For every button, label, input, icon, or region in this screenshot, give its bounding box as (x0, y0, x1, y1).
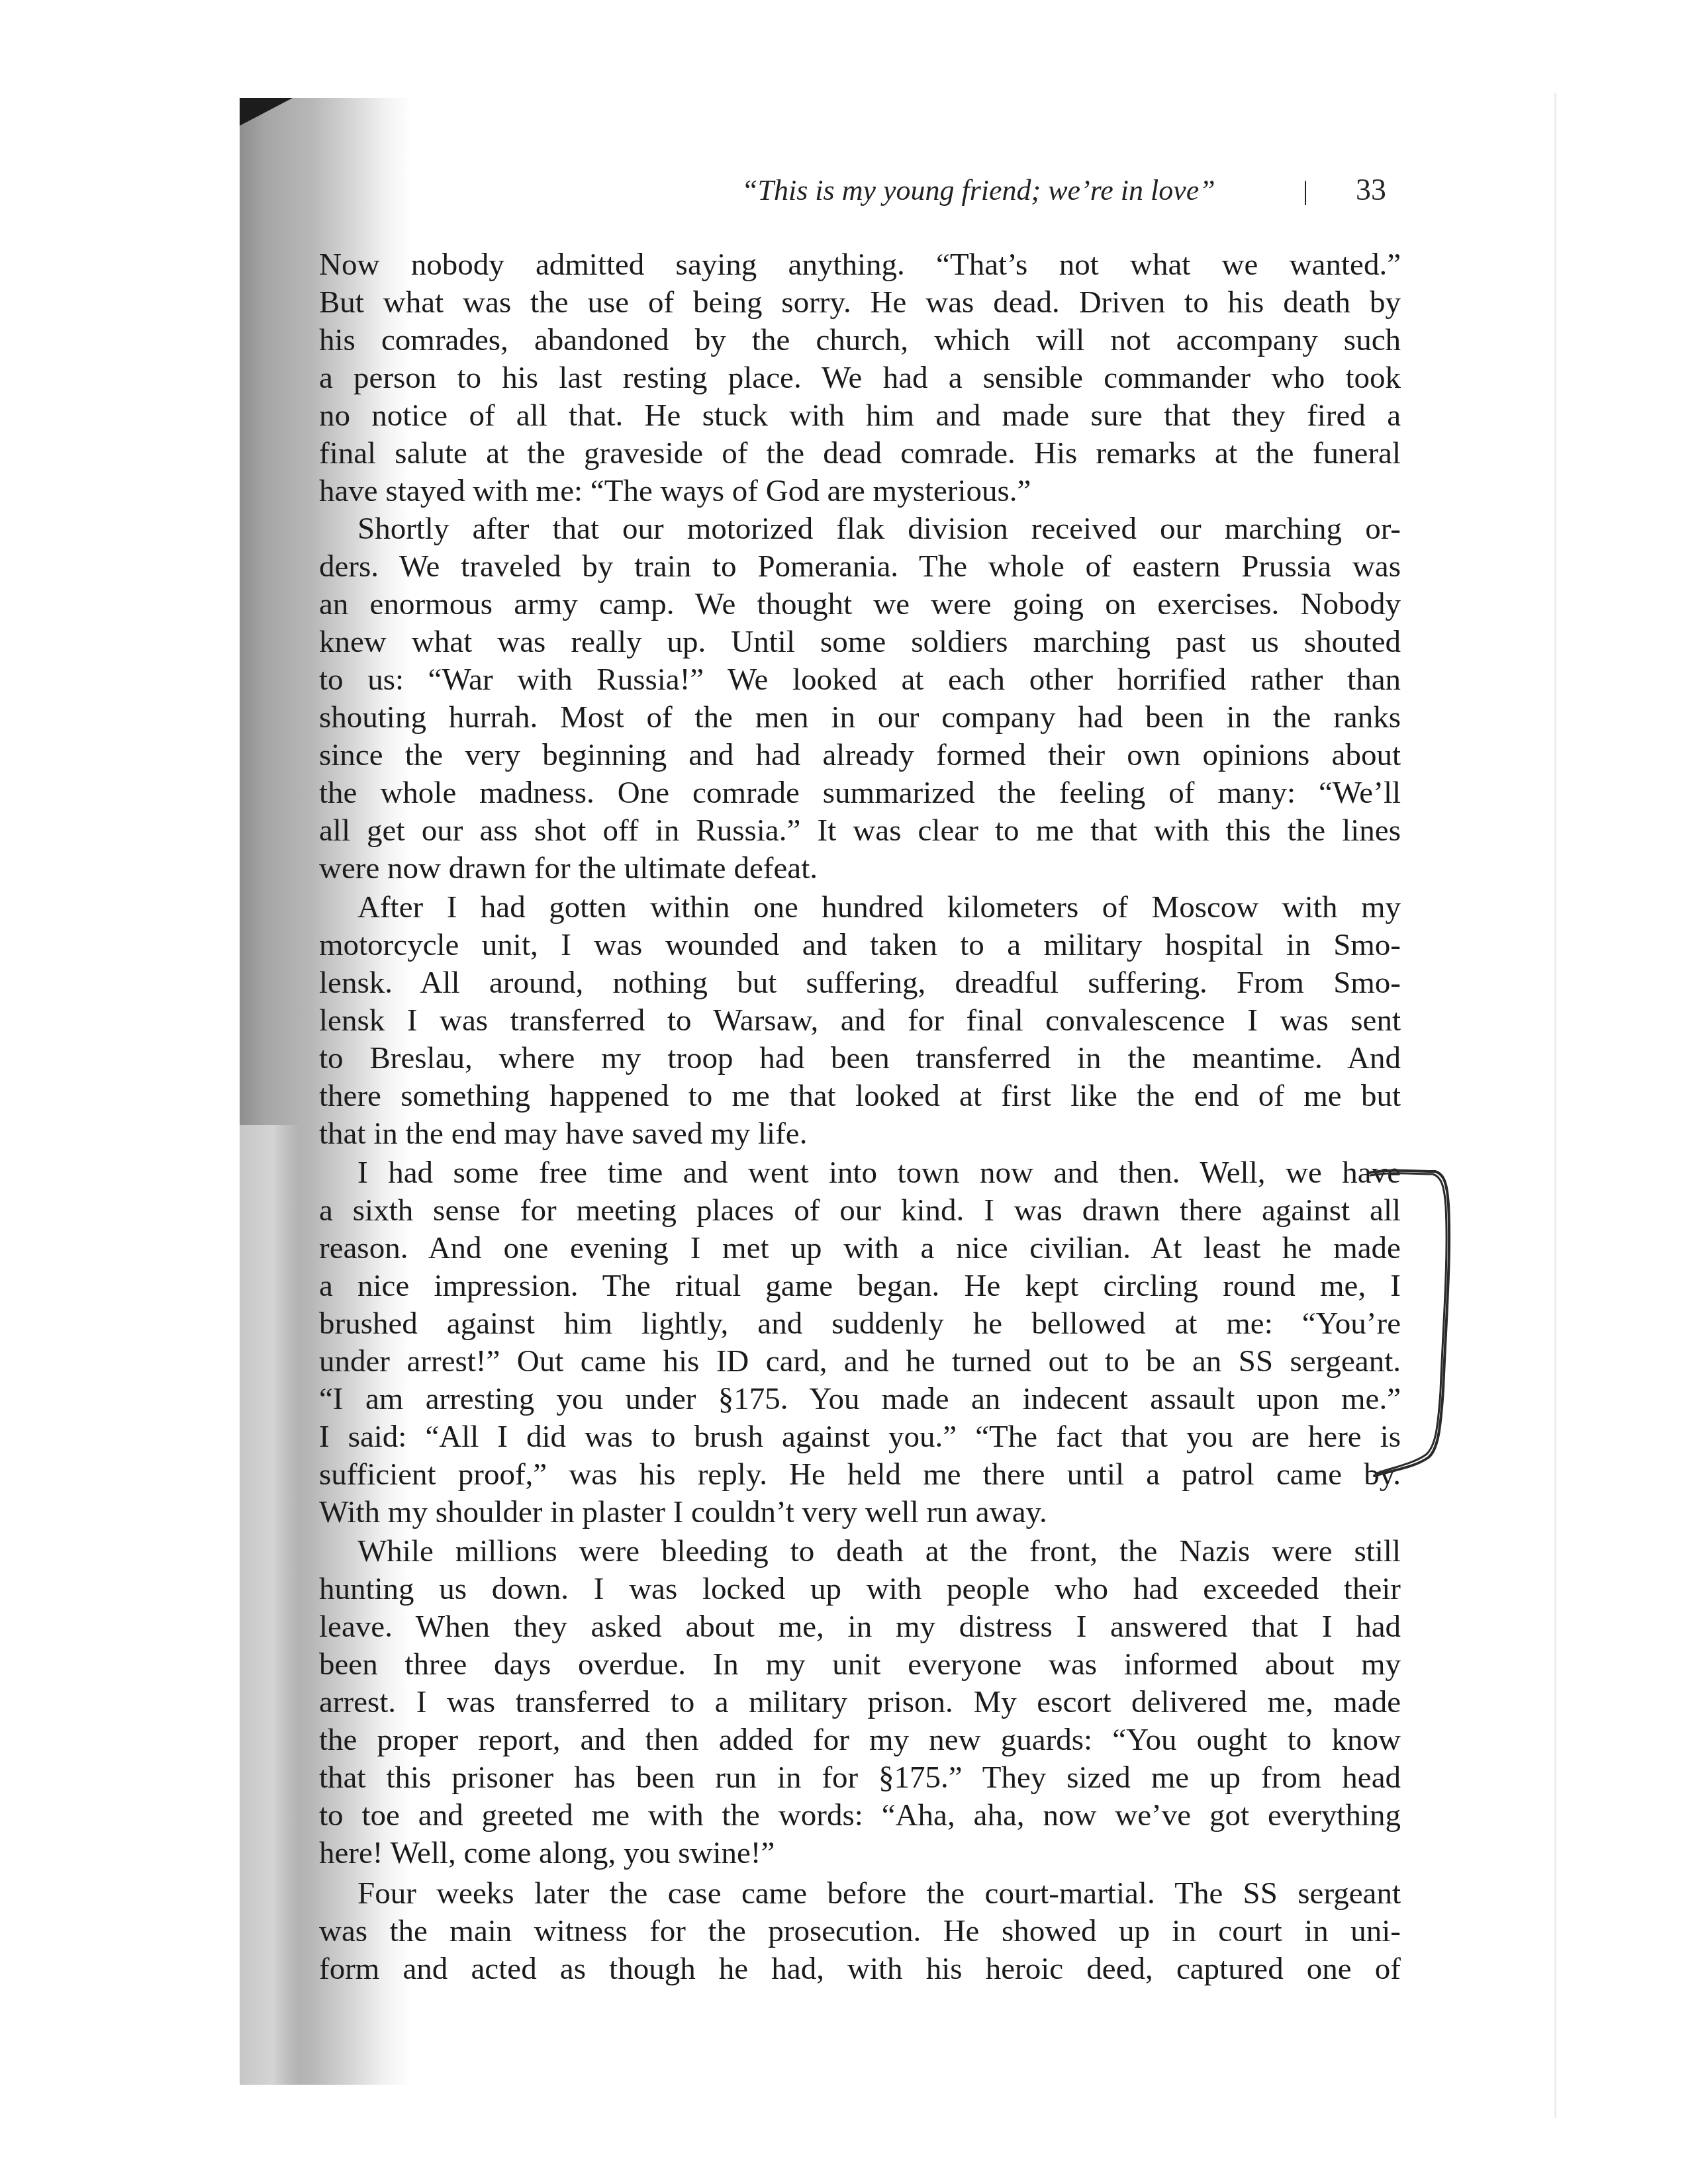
paragraph-start-line: I had some free time and went into town … (357, 1154, 1401, 1191)
text-line: arrest. I was transferred to a military … (319, 1684, 1401, 1721)
paragraph-start-line: Shortly after that our motorized flak di… (357, 510, 1401, 547)
text-line: to toe and greeted me with the words: “A… (319, 1797, 1401, 1834)
text-line: have stayed with me: “The ways of God ar… (319, 473, 1401, 510)
text-line: that in the end may have saved my life. (319, 1115, 1401, 1152)
paragraph-start-line: While millions were bleeding to death at… (357, 1533, 1401, 1570)
text-line: lensk I was transferred to Warsaw, and f… (319, 1002, 1401, 1039)
paragraph-start-line: After I had gotten within one hundred ki… (357, 889, 1401, 926)
handwritten-bracket-icon (1350, 1152, 1470, 1496)
running-title: “This is my young friend; we’re in love” (741, 173, 1215, 207)
text-line: an enormous army camp. We thought we wer… (319, 586, 1401, 623)
text-line: With my shoulder in plaster I couldn’t v… (319, 1494, 1401, 1531)
text-line: that this prisoner has been run in for §… (319, 1759, 1401, 1796)
paragraph-start-line: Four weeks later the case came before th… (357, 1875, 1401, 1912)
text-line: ders. We traveled by train to Pomerania.… (319, 548, 1401, 585)
text-line: lensk. All around, nothing but suffering… (319, 964, 1401, 1001)
text-line: the proper report, and then added for my… (319, 1721, 1401, 1758)
text-line: a person to his last resting place. We h… (319, 359, 1401, 396)
text-line: his comrades, abandoned by the church, w… (319, 322, 1401, 359)
text-line: shouting hurrah. Most of the men in our … (319, 699, 1401, 736)
text-line: reason. And one evening I met up with a … (319, 1230, 1401, 1267)
text-line: been three days overdue. In my unit ever… (319, 1646, 1401, 1683)
text-line: But what was the use of being sorry. He … (319, 284, 1401, 321)
binding-gutter-shadow-lower (240, 1125, 299, 2085)
text-line: a sixth sense for meeting places of our … (319, 1192, 1401, 1229)
header-separator: | (1303, 175, 1308, 206)
text-line: motorcycle unit, I was wounded and taken… (319, 927, 1401, 964)
text-line: I said: “All I did was to brush against … (319, 1418, 1401, 1455)
text-line: hunting us down. I was locked up with pe… (319, 1570, 1401, 1608)
text-line: a nice impression. The ritual game began… (319, 1267, 1401, 1304)
text-line: knew what was really up. Until some sold… (319, 623, 1401, 660)
text-line: was the main witness for the prosecution… (319, 1913, 1401, 1950)
text-line: all get our ass shot off in Russia.” It … (319, 812, 1401, 849)
text-line: Now nobody admitted saying anything. “Th… (319, 246, 1401, 283)
text-line: to Breslau, where my troop had been tran… (319, 1040, 1401, 1077)
text-line: leave. When they asked about me, in my d… (319, 1608, 1401, 1645)
text-line: form and acted as though he had, with hi… (319, 1950, 1401, 1987)
text-line: the whole madness. One comrade summarize… (319, 774, 1401, 811)
page-right-edge (1554, 93, 1556, 2118)
text-line: no notice of all that. He stuck with him… (319, 397, 1401, 434)
page-number: 33 (1356, 172, 1386, 207)
text-line: under arrest!” Out came his ID card, and… (319, 1343, 1401, 1380)
text-line: to us: “War with Russia!” We looked at e… (319, 661, 1401, 698)
text-line: final salute at the graveside of the dea… (319, 435, 1401, 472)
text-line: here! Well, come along, you swine!” (319, 1835, 1401, 1872)
text-line: were now drawn for the ultimate defeat. (319, 850, 1401, 887)
text-line: there something happened to me that look… (319, 1077, 1401, 1115)
text-line: “I am arresting you under §175. You made… (319, 1381, 1401, 1418)
text-line: since the very beginning and had already… (319, 737, 1401, 774)
text-line: brushed against him lightly, and suddenl… (319, 1305, 1401, 1342)
text-line: sufficient proof,” was his reply. He hel… (319, 1456, 1401, 1493)
